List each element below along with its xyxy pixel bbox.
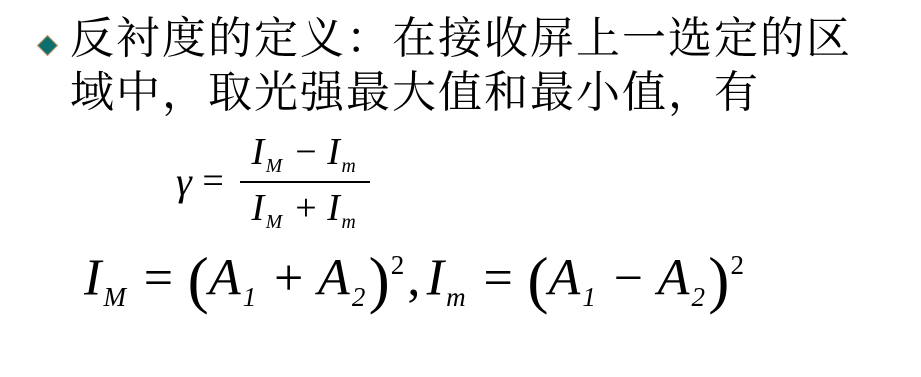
intensity-formula: IM=(A1+A2)2,Im=(A1−A2)2 (84, 243, 744, 317)
equals-sign: = (202, 159, 223, 203)
close-paren: ) (708, 244, 729, 315)
fraction-denominator: IM+Im (252, 183, 359, 233)
var-A: A (318, 250, 350, 307)
subscript-m: m (446, 282, 466, 312)
contrast-formula: γ = IM−Im IM+Im (176, 130, 370, 233)
var-A: A (209, 250, 241, 307)
exponent-2: 2 (391, 250, 405, 280)
subscript-M: M (266, 155, 282, 177)
comma: , (407, 250, 420, 307)
bullet-text-line2: 域中，取光强最大值和最小值，有 (70, 66, 852, 120)
exponent-2: 2 (730, 250, 744, 280)
equals-sign: = (483, 250, 512, 307)
equals-sign: = (144, 250, 173, 307)
bullet-text-line1: 反衬度的定义：在接收屏上一选定的区 (70, 12, 852, 66)
fraction: IM−Im IM+Im (240, 130, 369, 233)
subscript-m: m (342, 211, 356, 233)
subscript-M: M (266, 211, 282, 233)
close-paren: ) (369, 244, 390, 315)
bullet-text: 反衬度的定义：在接收屏上一选定的区 域中，取光强最大值和最小值，有 (70, 12, 852, 120)
var-I: I (427, 250, 444, 307)
var-I: I (327, 131, 340, 173)
plus-sign: + (274, 250, 303, 307)
fraction-numerator: IM−Im (240, 130, 369, 183)
var-I: I (327, 187, 340, 229)
slide: 反衬度的定义：在接收屏上一选定的区 域中，取光强最大值和最小值，有 γ = IM… (0, 0, 921, 377)
open-paren: ( (188, 244, 209, 315)
minus-sign: − (295, 131, 316, 173)
minus-sign: − (614, 250, 643, 307)
var-A: A (658, 250, 690, 307)
subscript-1: 1 (582, 282, 596, 312)
subscript-1: 1 (243, 282, 257, 312)
open-paren: ( (527, 244, 548, 315)
subscript-m: m (342, 155, 356, 177)
var-A: A (548, 250, 580, 307)
subscript-2: 2 (691, 282, 705, 312)
diamond-bullet-icon (37, 35, 58, 56)
var-I: I (84, 250, 101, 307)
gamma-symbol: γ (176, 158, 192, 205)
plus-sign: + (295, 187, 316, 229)
var-I: I (252, 131, 265, 173)
subscript-M: M (103, 282, 126, 312)
var-I: I (252, 187, 265, 229)
subscript-2: 2 (352, 282, 366, 312)
